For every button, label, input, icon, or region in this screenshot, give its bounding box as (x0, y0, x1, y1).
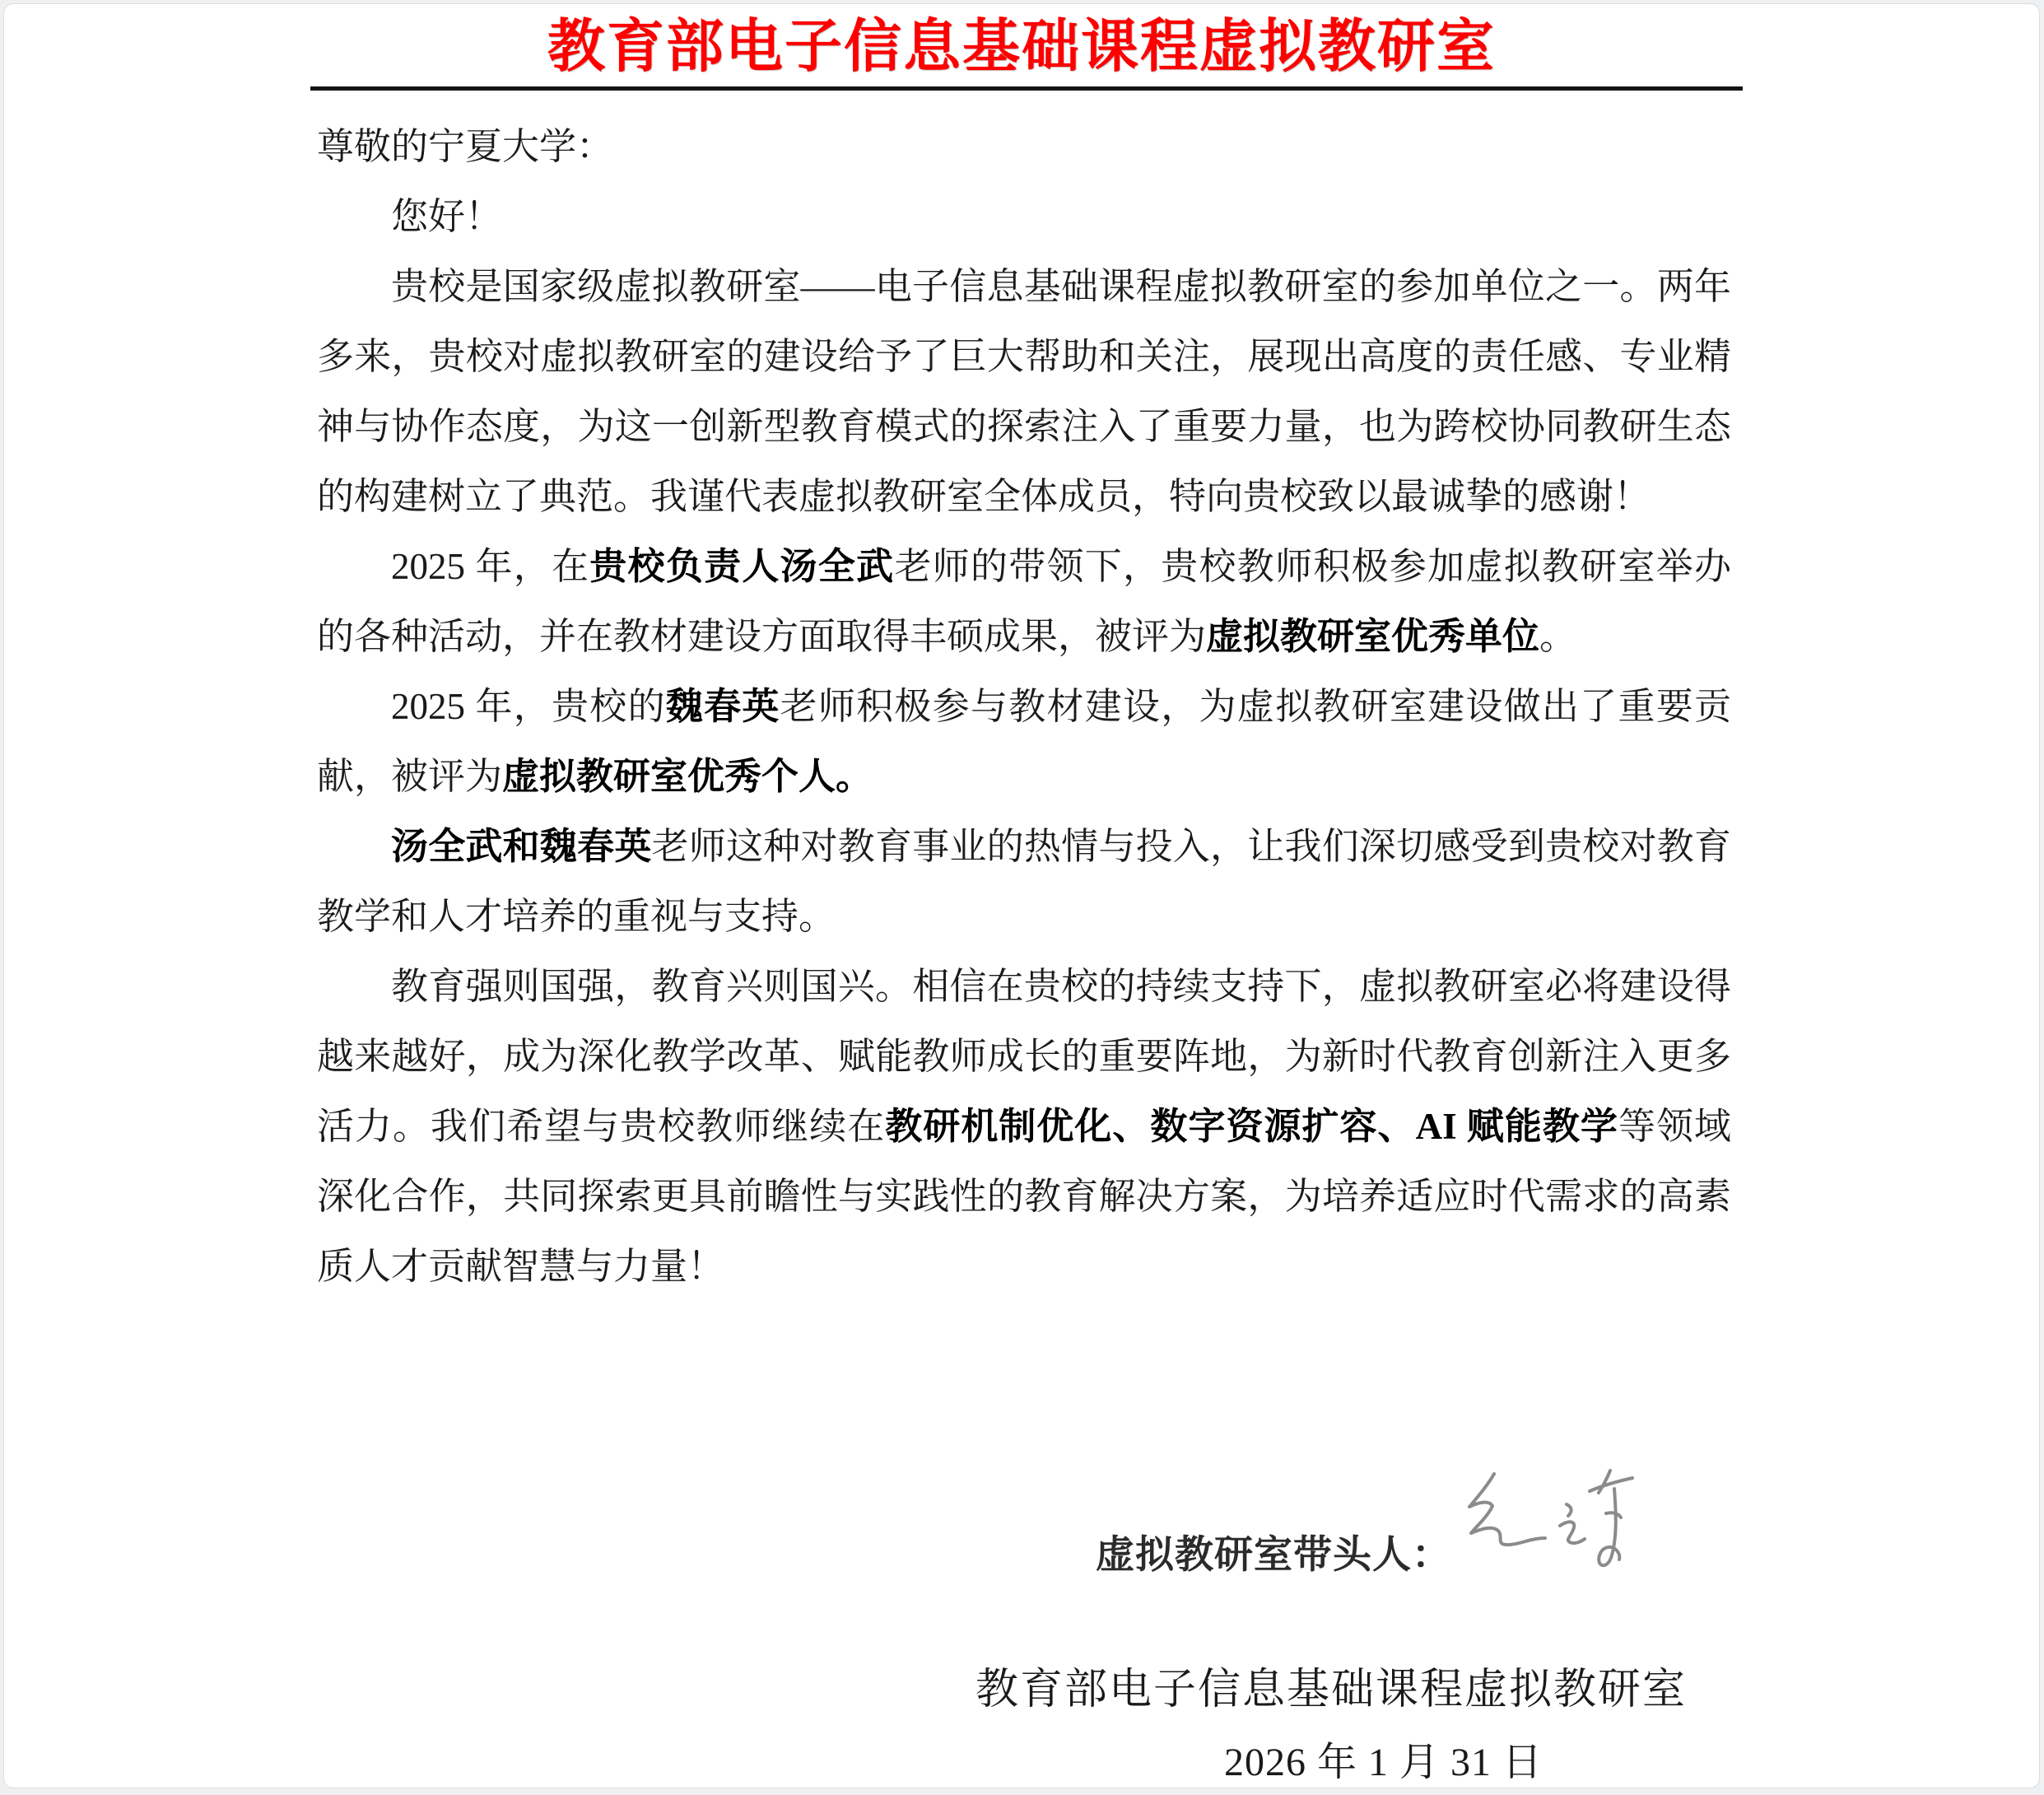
greeting-line: 您好！ (317, 182, 1731, 252)
paragraph: 2025 年，贵校的魏春英老师积极参与教材建设，为虚拟教研室建设做出了重要贡献，… (317, 672, 1731, 812)
paragraph: 汤全武和魏春英老师这种对教育事业的热情与投入，让我们深切感受到贵校对教育教学和人… (317, 812, 1731, 952)
letter-page: 教育部电子信息基础课程虚拟教研室 尊敬的宁夏大学： 您好！ 贵校是国家级虚拟教研… (3, 3, 2040, 1788)
salutation-line: 尊敬的宁夏大学： (317, 112, 1731, 182)
letter-date: 2026 年 1 月 31 日 (1224, 1730, 1543, 1787)
letterhead-title: 教育部电子信息基础课程虚拟教研室 (4, 12, 2039, 83)
paragraph: 教育强则国强，教育兴则国兴。相信在贵校的持续支持下，虚拟教研室必将建设得越来越好… (317, 952, 1731, 1302)
paragraph: 贵校是国家级虚拟教研室——电子信息基础课程虚拟教研室的参加单位之一。两年多来，贵… (317, 252, 1731, 532)
signature-label: 虚拟教研室带头人： (1096, 1524, 1451, 1579)
signer-organization: 教育部电子信息基础课程虚拟教研室 (975, 1654, 1687, 1716)
letter-body: 尊敬的宁夏大学： 您好！ 贵校是国家级虚拟教研室——电子信息基础课程虚拟教研室的… (317, 91, 1731, 1302)
handwritten-signature (1445, 1466, 1638, 1579)
letterhead: 教育部电子信息基础课程虚拟教研室 (4, 12, 2039, 91)
paragraph: 2025 年，在贵校负责人汤全武老师的带领下，贵校教师积极参加虚拟教研室举办的各… (317, 532, 1731, 672)
